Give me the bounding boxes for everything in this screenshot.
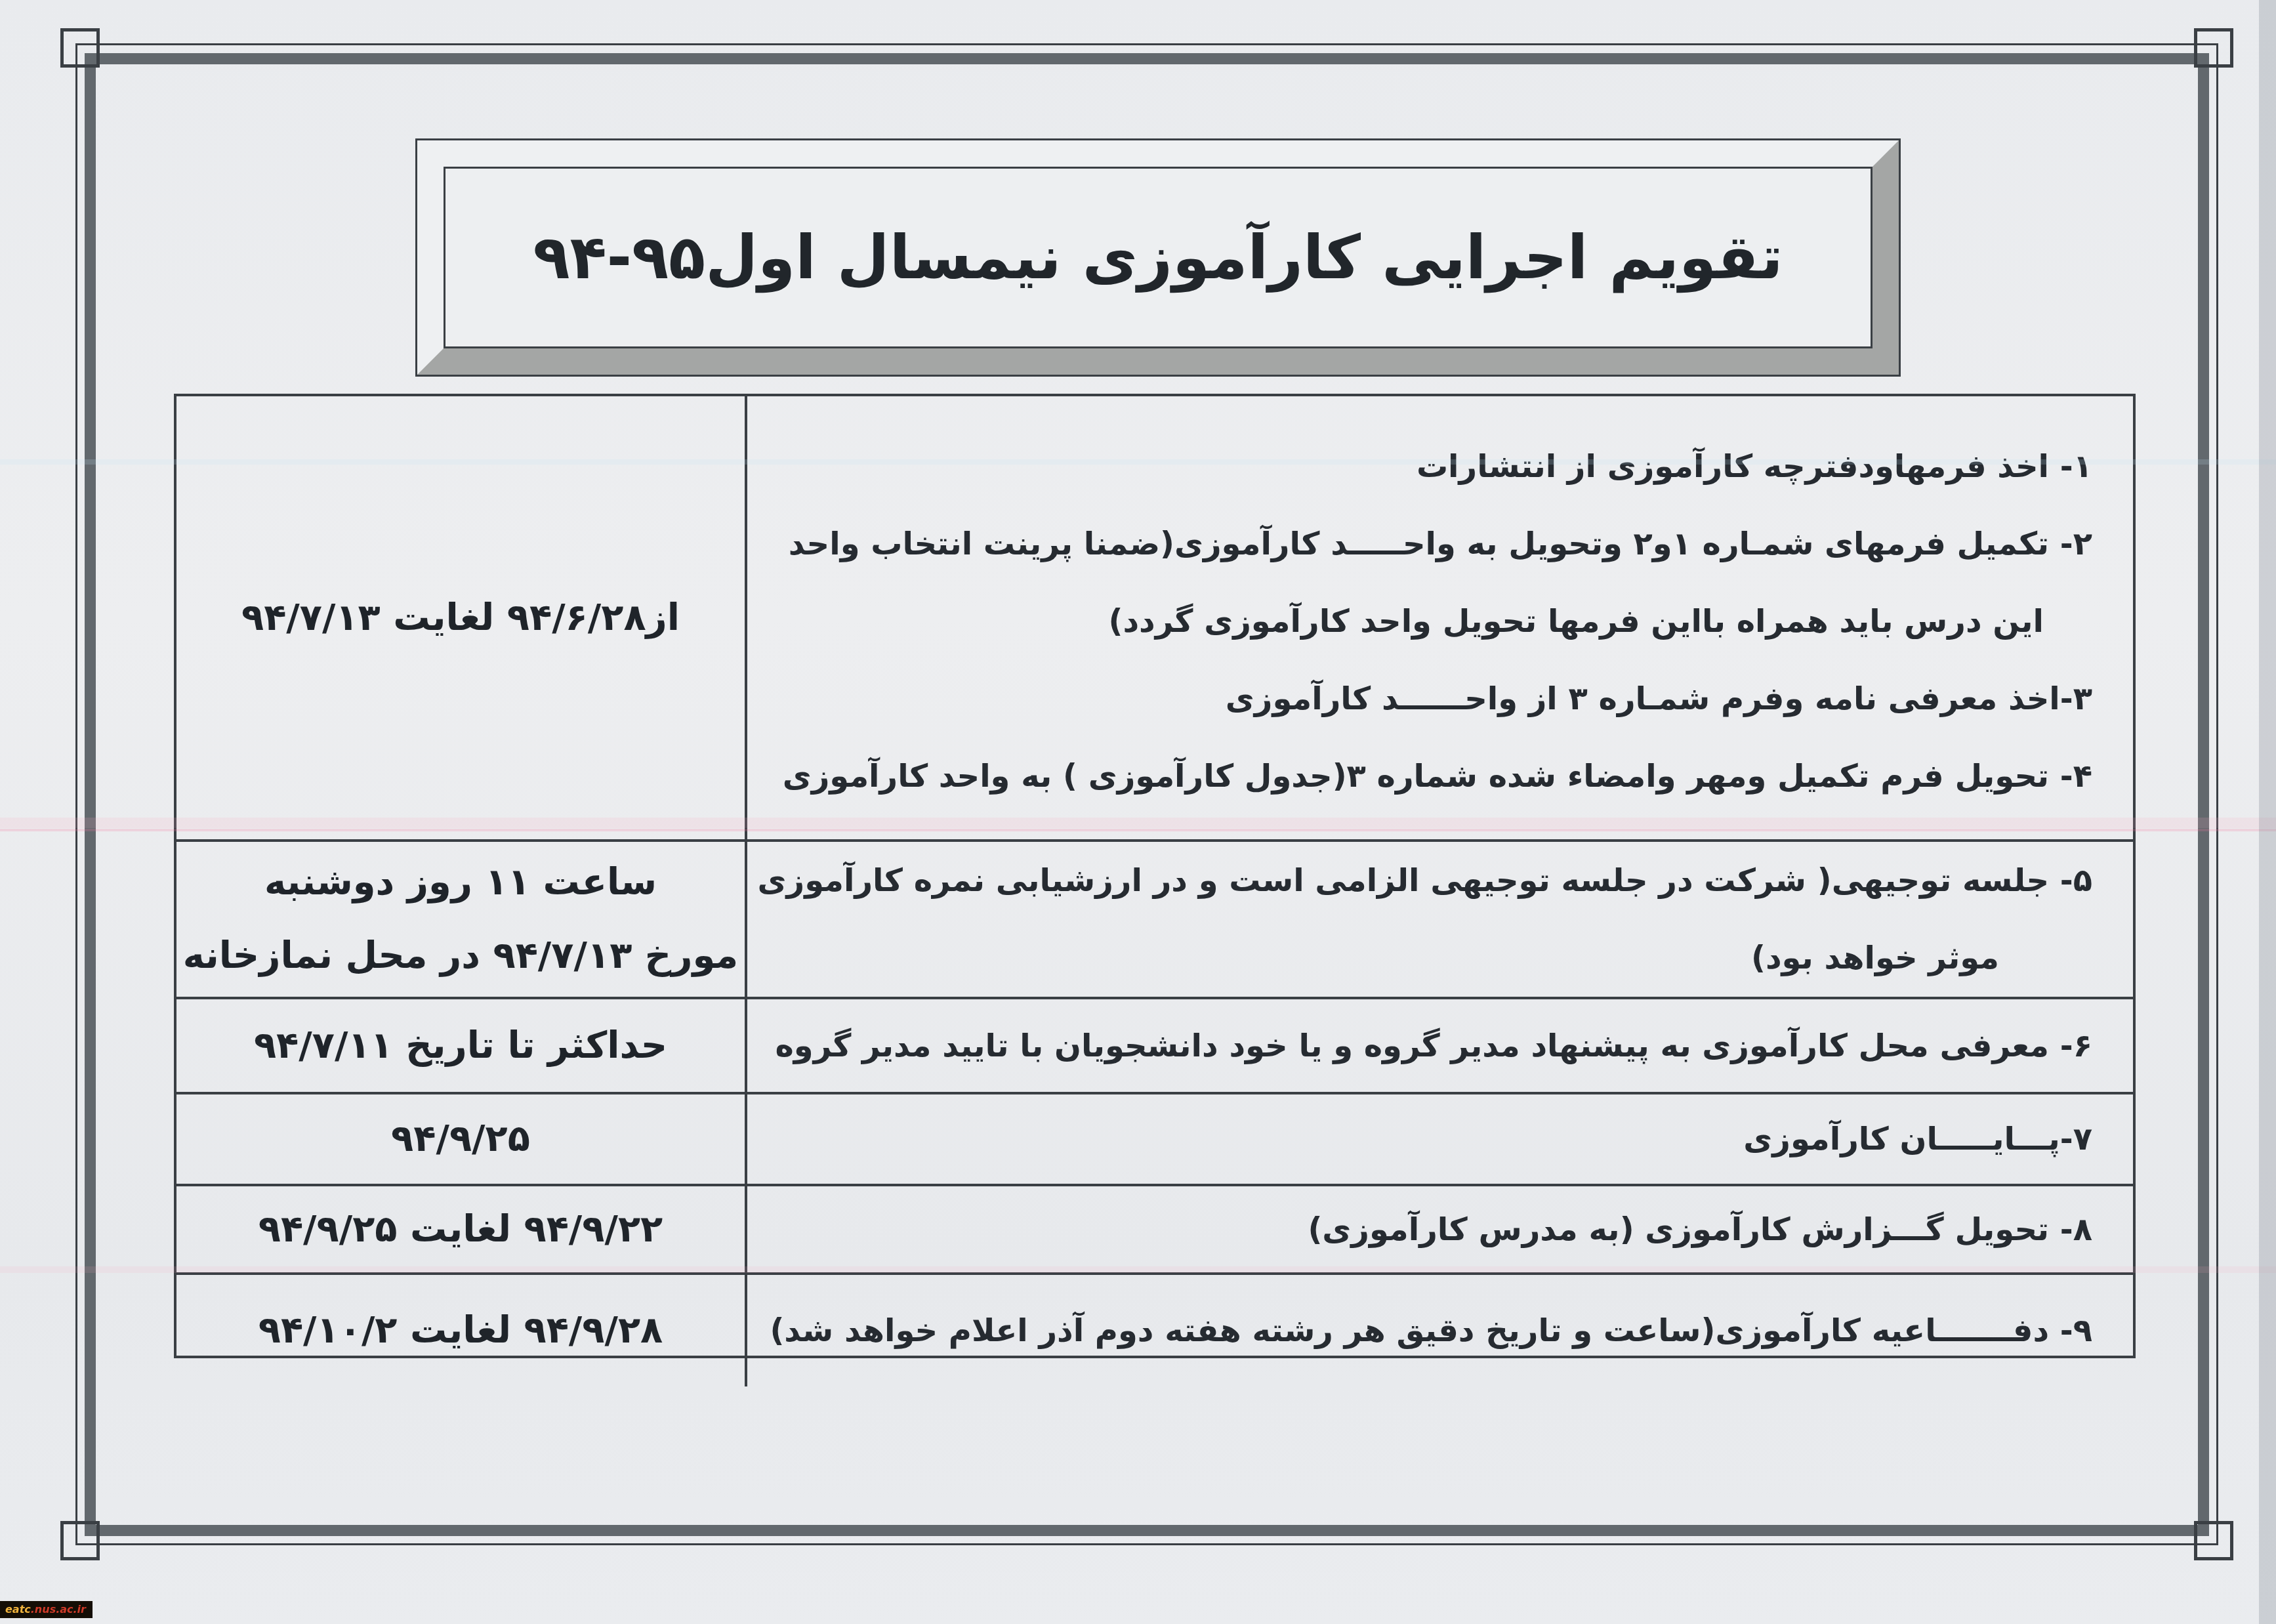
tasks-cell: ۵- جلسه توجیهی( شرکت در جلسه توجیهی الزا… bbox=[747, 839, 2133, 997]
task-line: ۲- تکمیل فرمهای شمـاره ۱و۲ وتحویل به واح… bbox=[793, 505, 2092, 583]
title-box-inner: تقویم اجرایی کارآموزی نیمسال اول۹۵-۹۴ bbox=[444, 167, 1873, 348]
scanned-document-page: تقویم اجرایی کارآموزی نیمسال اول۹۵-۹۴ از… bbox=[0, 0, 2276, 1624]
schedule-table: از۹۴/۶/۲۸ لغایت ۹۴/۷/۱۳ ۱- اخذ فرمهاودفت… bbox=[174, 394, 2136, 1358]
task-line: ۱- اخذ فرمهاودفترچه کارآموزی از انتشارات bbox=[793, 428, 2092, 505]
task-line: ۹- دفـــــــاعیه کارآموزی(ساعت و تاریخ د… bbox=[793, 1292, 2092, 1369]
tasks-cell: ۹- دفـــــــاعیه کارآموزی(ساعت و تاریخ د… bbox=[747, 1272, 2133, 1386]
date-cell: ۹۴/۹/۲۸ لغایت ۹۴/۱۰/۲ bbox=[176, 1272, 747, 1386]
date-cell: ساعت ۱۱ روز دوشنبه مورخ ۹۴/۷/۱۳ در محل ن… bbox=[176, 839, 747, 997]
title-box: تقویم اجرایی کارآموزی نیمسال اول۹۵-۹۴ bbox=[417, 140, 1899, 375]
page-border-corner-ornament bbox=[2194, 28, 2233, 68]
task-line-continuation: موثر خواهد بود) bbox=[793, 919, 1999, 997]
task-line: ۳-اخذ معرفی نامه وفرم شمـاره ۳ از واحـــ… bbox=[793, 660, 2092, 738]
watermark-suffix: .nus.ac.ir bbox=[31, 1603, 86, 1615]
tasks-cell: ۷-پـــایـــــان کارآموزی bbox=[747, 1092, 2133, 1184]
watermark-prefix: eatc bbox=[5, 1603, 31, 1615]
date-text: حداکثر تا تاریخ ۹۴/۷/۱۱ bbox=[254, 1009, 667, 1083]
date-text: مورخ ۹۴/۷/۱۳ در محل نمازخانه bbox=[183, 919, 738, 993]
date-text: ۹۴/۹/۲۲ لغایت ۹۴/۹/۲۵ bbox=[259, 1193, 663, 1266]
date-text: ۹۴/۹/۲۸ لغایت ۹۴/۱۰/۲ bbox=[259, 1294, 663, 1367]
task-line: ۶- معرفی محل کارآموزی به پیشنهاد مدیر گر… bbox=[793, 1007, 2092, 1085]
task-line: ۵- جلسه توجیهی( شرکت در جلسه توجیهی الزا… bbox=[793, 842, 2092, 919]
date-text: ۹۴/۹/۲۵ bbox=[391, 1102, 530, 1176]
page-border-corner-ornament bbox=[2194, 1521, 2233, 1560]
date-cell: از۹۴/۶/۲۸ لغایت ۹۴/۷/۱۳ bbox=[176, 396, 747, 839]
page-border-corner-ornament bbox=[60, 1521, 100, 1560]
task-line: ۸- تحویل گـــزارش کارآموزی (به مدرس کارآ… bbox=[793, 1191, 2092, 1268]
date-cell: ۹۴/۹/۲۵ bbox=[176, 1092, 747, 1184]
date-cell: ۹۴/۹/۲۲ لغایت ۹۴/۹/۲۵ bbox=[176, 1184, 747, 1272]
page-border-corner-ornament bbox=[60, 28, 100, 68]
watermark: eatc.nus.ac.ir bbox=[0, 1601, 93, 1618]
task-line-continuation: این درس باید همراه بااین فرمها تحویل واح… bbox=[793, 583, 2044, 660]
tasks-cell: ۱- اخذ فرمهاودفترچه کارآموزی از انتشارات… bbox=[747, 396, 2133, 839]
scan-edge-shadow bbox=[2259, 0, 2276, 1624]
date-text: از۹۴/۶/۲۸ لغایت ۹۴/۷/۱۳ bbox=[241, 581, 680, 655]
date-text: ساعت ۱۱ روز دوشنبه bbox=[264, 846, 657, 919]
page-title: تقویم اجرایی کارآموزی نیمسال اول۹۵-۹۴ bbox=[533, 222, 1783, 293]
date-cell: حداکثر تا تاریخ ۹۴/۷/۱۱ bbox=[176, 997, 747, 1092]
task-line: ۷-پـــایـــــان کارآموزی bbox=[793, 1100, 2092, 1178]
tasks-cell: ۶- معرفی محل کارآموزی به پیشنهاد مدیر گر… bbox=[747, 997, 2133, 1092]
task-line: ۴- تحویل فرم تکمیل ومهر وامضاء شده شماره… bbox=[793, 738, 2092, 815]
tasks-cell: ۸- تحویل گـــزارش کارآموزی (به مدرس کارآ… bbox=[747, 1184, 2133, 1272]
